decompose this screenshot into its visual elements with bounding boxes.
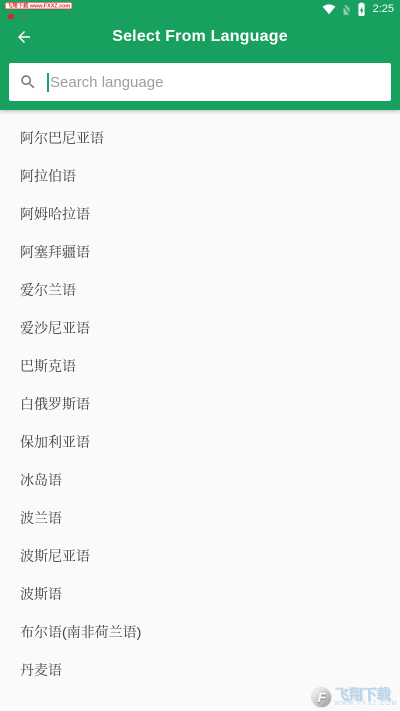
watermark-top-left: 飞翔下载 www.FXXZ.com (5, 2, 117, 19)
app-bar: Select From Language (0, 18, 400, 55)
language-list-item[interactable]: 保加利亚语 (0, 423, 400, 461)
language-label: 波兰语 (20, 508, 62, 528)
wifi-icon (322, 3, 336, 15)
text-cursor (47, 73, 49, 92)
language-list-item[interactable]: 巴斯克语 (0, 347, 400, 385)
search-input[interactable] (50, 74, 381, 91)
language-label: 阿塞拜疆语 (20, 242, 90, 262)
watermark-marks (8, 14, 117, 19)
language-list-item[interactable]: 阿尔巴尼亚语 (0, 119, 400, 157)
language-list-item[interactable]: 爱尔兰语 (0, 271, 400, 309)
language-list-item[interactable]: 波斯尼亚语 (0, 537, 400, 575)
app-screen: 2:25 Select From Language 阿尔巴尼亚语 (0, 0, 400, 711)
watermark-badge: 飞翔下载 www.FXXZ.com (5, 2, 72, 9)
language-label: 巴斯克语 (20, 356, 76, 376)
language-list-item[interactable]: 冰岛语 (0, 461, 400, 499)
status-time: 2:25 (373, 0, 394, 18)
language-label: 爱尔兰语 (20, 280, 76, 300)
language-list-item[interactable]: 白俄罗斯语 (0, 385, 400, 423)
battery-charging-icon (357, 2, 366, 16)
language-label: 波斯语 (20, 584, 62, 604)
language-label: 阿姆哈拉语 (20, 204, 90, 224)
page-title: Select From Language (0, 28, 400, 46)
language-list-item[interactable]: 阿姆哈拉语 (0, 195, 400, 233)
language-label: 波斯尼亚语 (20, 546, 90, 566)
language-list-item[interactable]: 波斯语 (0, 575, 400, 613)
watermark-site-name: 飞翔下载 (334, 688, 398, 701)
watermark-arrow-mark (21, 15, 26, 19)
language-label: 保加利亚语 (20, 432, 90, 452)
search-icon (19, 73, 37, 91)
back-button[interactable] (10, 23, 38, 51)
language-label: 布尔语(南非荷兰语) (20, 622, 141, 642)
language-list-item[interactable]: 布尔语(南非荷兰语) (0, 613, 400, 651)
language-list-item[interactable]: 阿拉伯语 (0, 157, 400, 195)
watermark-text: 飞翔下载 WWW.FXXZ.COM (334, 688, 398, 707)
language-list-item[interactable]: 阿塞拜疆语 (0, 233, 400, 271)
language-list: 阿尔巴尼亚语 阿拉伯语 阿姆哈拉语 阿塞拜疆语 爱尔兰语 爱沙尼亚语 巴斯克 (0, 110, 400, 711)
arrow-back-icon (15, 28, 33, 46)
language-label: 白俄罗斯语 (20, 394, 90, 414)
language-label: 爱沙尼亚语 (20, 318, 90, 338)
language-list-item[interactable]: 丹麦语 (0, 651, 400, 689)
language-label: 冰岛语 (20, 470, 62, 490)
watermark-bottom-right: F 飞翔下载 WWW.FXXZ.COM (311, 687, 398, 708)
no-sim-icon (341, 3, 352, 16)
language-list-item[interactable]: 波兰语 (0, 499, 400, 537)
language-label: 丹麦语 (20, 660, 62, 680)
fxxz-logo-icon: F (311, 687, 332, 708)
language-list-item[interactable]: 爱沙尼亚语 (0, 309, 400, 347)
watermark-site-url: WWW.FXXZ.COM (334, 701, 398, 707)
watermark-red-mark (8, 14, 14, 19)
language-label: 阿尔巴尼亚语 (20, 128, 104, 148)
language-label: 阿拉伯语 (20, 166, 76, 186)
search-box[interactable] (9, 63, 391, 101)
